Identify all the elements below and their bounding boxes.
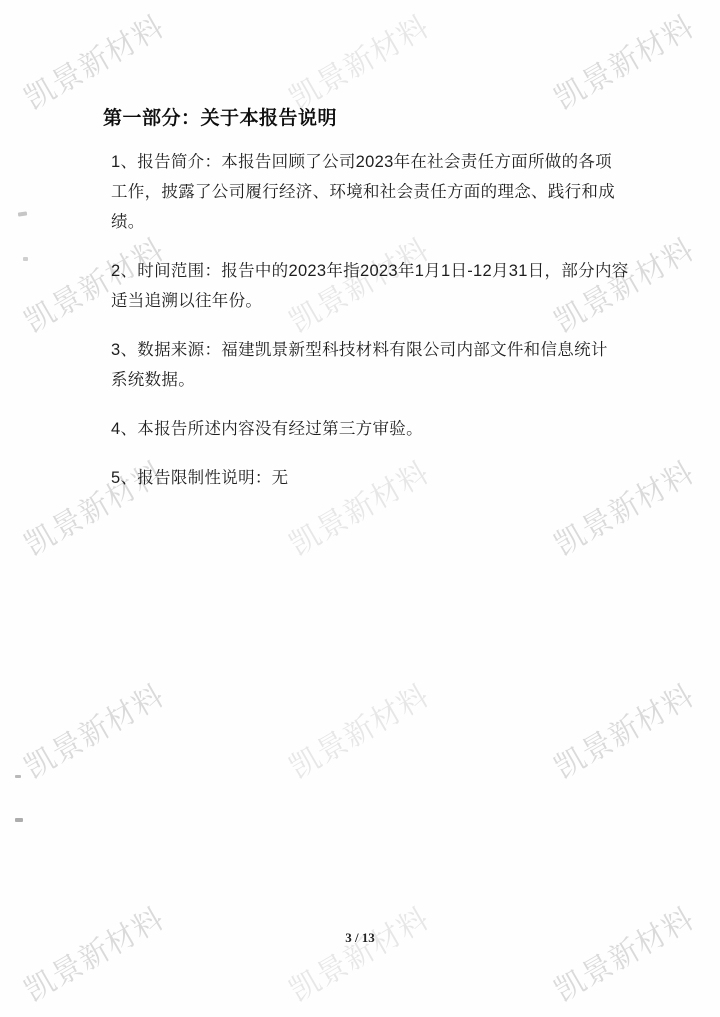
watermark-text: 凯景新材料 (15, 894, 171, 1010)
report-item-5: 5、报告限制性说明：无 (111, 463, 615, 493)
text-line: 4、本报告所述内容没有经过第三方审验。 (111, 414, 615, 444)
text-line: 绩。 (111, 207, 615, 237)
watermark-text: 凯景新材料 (545, 671, 701, 787)
scan-speck (23, 257, 28, 261)
text-line: 系统数据。 (111, 365, 615, 395)
text-line: 5、报告限制性说明：无 (111, 463, 615, 493)
report-item-3: 3、数据来源：福建凯景新型科技材料有限公司内部文件和信息统计 系统数据。 (111, 335, 615, 395)
page-number: 3 / 13 (0, 930, 720, 946)
watermark-text: 凯景新材料 (15, 2, 171, 118)
text-line: 工作，披露了公司履行经济、环境和社会责任方面的理念、践行和成 (111, 177, 615, 207)
text-line: 1、报告简介：本报告回顾了公司2023年在社会责任方面所做的各项 (111, 147, 615, 177)
scan-speck (15, 775, 21, 778)
document-page: 凯景新材料凯景新材料凯景新材料凯景新材料凯景新材料凯景新材料凯景新材料凯景新材料… (0, 0, 720, 1017)
watermark-text: 凯景新材料 (280, 894, 436, 1010)
scan-speck (18, 211, 27, 216)
watermark-text: 凯景新材料 (545, 894, 701, 1010)
text-line: 适当追溯以往年份。 (111, 286, 615, 316)
watermark-text: 凯景新材料 (15, 671, 171, 787)
report-item-2: 2、时间范围：报告中的2023年指2023年1月1日-12月31日，部分内容 适… (111, 256, 615, 316)
text-line: 2、时间范围：报告中的2023年指2023年1月1日-12月31日，部分内容 (111, 256, 615, 286)
report-item-1: 1、报告简介：本报告回顾了公司2023年在社会责任方面所做的各项 工作，披露了公… (111, 147, 615, 237)
document-content: 第一部分：关于本报告说明 1、报告简介：本报告回顾了公司2023年在社会责任方面… (103, 106, 615, 512)
section-title: 第一部分：关于本报告说明 (103, 106, 615, 132)
watermark-text: 凯景新材料 (545, 2, 701, 118)
watermark-text: 凯景新材料 (280, 2, 436, 118)
watermark-text: 凯景新材料 (280, 671, 436, 787)
scan-speck (15, 818, 23, 822)
text-line: 3、数据来源：福建凯景新型科技材料有限公司内部文件和信息统计 (111, 335, 615, 365)
report-item-4: 4、本报告所述内容没有经过第三方审验。 (111, 414, 615, 444)
